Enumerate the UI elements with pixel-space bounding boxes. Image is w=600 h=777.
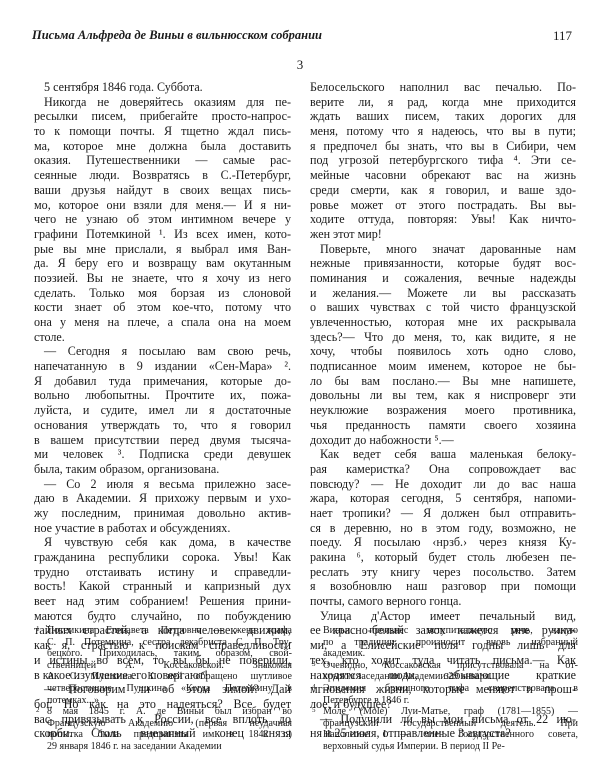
text-line: то к помощи почты. Я тщетно ждал пись-: [34, 124, 291, 139]
text-line: основания утверждать то, что я говорил: [34, 418, 291, 433]
footnote-line: Петербурге в 1846 г.: [310, 695, 578, 707]
book-page: Письма Альфреда де Виньи в вильнюсском с…: [0, 0, 600, 777]
footnote-mark: 2: [36, 706, 40, 717]
footnote-line: по традиции произносит вновь избранный: [310, 637, 578, 649]
text-line: под угрозой петербургского тифа ⁴. Эти с…: [310, 153, 576, 168]
text-line: доходит до набожности ⁵.—: [310, 433, 576, 448]
footnote-line: 1Потемкина Елизавета Петровна — жена гра…: [34, 625, 292, 637]
footnote-mark: 5: [312, 706, 316, 717]
text-line: 5 сентября 1846 года. Суббота.: [34, 80, 291, 95]
footnote-line: 28 мая 1845 г. А. де Виньи был избран во: [34, 706, 292, 718]
footnote-text: потемках...»: [47, 695, 99, 706]
text-line: довольны ли вы тем, как я ниспроверг эти: [310, 388, 576, 403]
text-line: поэзией. Вы не знаете, что я хочу из нег…: [34, 271, 291, 286]
footnote-text: Эпидемия брюшного тифа свирепствовала в: [323, 683, 578, 694]
text-line: ваши друзья найдут в своих вещах пись-: [34, 183, 291, 198]
footnote-text: Моле (Molé) Луи-Матье, граф (1781—1855) …: [323, 706, 578, 717]
footnote-line: Французскую Академию (первая неудачная: [34, 718, 292, 730]
text-line: даю в Академии. Я прихожу первым и ухо-: [34, 491, 291, 506]
footnotes-right: Виньи произнес вступительную речь, какую…: [310, 625, 578, 753]
text-line: вольно любопытны. Прочтите их, пожа-: [34, 388, 291, 403]
text-line: сеянные люди. Возвратясь в С.-Петербург,: [34, 168, 291, 183]
text-line: столе.: [34, 330, 291, 345]
footnote-text: ственницей А. Коссаковской. Знакомая: [47, 660, 292, 671]
text-line: была, таким образом, организована.: [34, 462, 291, 477]
footnote-line: французский государственный деятель. При: [310, 718, 578, 730]
text-line: чего не узнаю об этом интимном вечере у: [34, 212, 291, 227]
text-line: ма, которое мне должна была доставить: [34, 139, 291, 154]
footnote-text: попытка была предпринята им в 1842 г.): [47, 729, 292, 740]
text-line: почты, самого верного гонца.: [310, 594, 576, 609]
running-title: Письма Альфреда де Виньи в вильнюсском с…: [32, 28, 322, 43]
footnote-text: бецкого. Приходилась, таким образом, сво…: [47, 648, 292, 659]
footnote-text: А. С. Пушкина. К ней обращено шутливое: [47, 671, 292, 682]
footnote-line: 4Эпидемия брюшного тифа свирепствовала в: [310, 683, 578, 695]
footnote-line: верховный судья Империи. В период II Ре-: [310, 741, 578, 753]
footnote-line: ственницей А. Коссаковской. Знакомая: [34, 660, 292, 672]
text-line: гражданина республики сорока. Увы! Как: [34, 550, 291, 565]
footnote-line: крытом заседании Академии 29 января.: [310, 671, 578, 683]
text-line: Белосельского наполнил вас печалью. По-: [310, 80, 576, 95]
text-line: нает тропики? — Я должен был отправить-: [310, 506, 576, 521]
footnotes-left: 1Потемкина Елизавета Петровна — жена гра…: [34, 625, 292, 753]
text-line: ровье может от этого пострадать. Вы вы-: [310, 198, 576, 213]
text-line: напечатанную в 9 издании «Сен-Мара» ².: [34, 359, 291, 374]
footnote-mark: 3: [312, 660, 316, 671]
footnote-line: четверостишие Пушкина «Когда Потемкину в: [34, 683, 292, 695]
text-line: Как ведет себя ваша маленькая белоку-: [310, 447, 576, 462]
footnote-mark: 4: [312, 683, 316, 694]
text-line: реслать эту книгу через посольство. Зате…: [310, 565, 576, 580]
footnote-mark: 1: [36, 625, 40, 636]
text-line: ресылки писем, прибегайте просто-напрос-: [34, 109, 291, 124]
text-line: Никогда не доверяйтесь оказиям для пе-: [34, 95, 291, 110]
footnote-text: Петербурге в 1846 г.: [323, 695, 409, 706]
footnote-line: С. П. Потемкина, сестра декабриста С. П.…: [34, 637, 292, 649]
footnote-text: по традиции произносит вновь избранный: [323, 637, 578, 648]
text-line: ми человек ³. Подписка среди девушек: [34, 447, 291, 462]
text-line: мейные часовни обрекают вас на жизнь: [310, 168, 576, 183]
text-line: Поверьте, много значат дарованные нам: [310, 242, 576, 257]
text-line: поеду. Я посылаю ‹нрзб.› через князя Ку-: [310, 535, 576, 550]
running-head: Письма Альфреда де Виньи в вильнюсском с…: [32, 28, 572, 44]
text-line: сделать. Только моя борзая из слоновой: [34, 286, 291, 301]
footnote-text: 29 января 1846 г. на заседании Академии: [47, 741, 222, 752]
text-line: — Со 2 июля я весьма прилежно засе-: [34, 477, 291, 492]
text-line: поминания и сожаления, вечные надежды: [310, 271, 576, 286]
text-line: верите ли, я рад, когда мне приходится: [310, 95, 576, 110]
text-line: здесь?— Что до меня, то, как видите, я н…: [310, 330, 576, 345]
footnote-line: 29 января 1846 г. на заседании Академии: [34, 741, 292, 753]
footnote-line: академик.: [310, 648, 578, 660]
text-line: меня, потому что я надеюсь, что вы в пут…: [310, 124, 576, 139]
text-line: вость! Какой странный и капризный дух: [34, 579, 291, 594]
text-line: луйста, и судите, имел ли я достаточные: [34, 403, 291, 418]
text-line: рая камеристка? Она сопровождает вас: [310, 462, 576, 477]
footnote-text: верховный судья Империи. В период II Ре-: [323, 741, 505, 752]
text-line: жен этот мир!: [310, 227, 576, 242]
text-line: рые вы мне прислали, я выбрал имя Ван-: [34, 242, 291, 257]
footnote-text: 8 мая 1845 г. А. де Виньи был избран во: [47, 706, 292, 717]
text-line: маются будто случайно, по побуждению: [34, 609, 291, 624]
footnote-line: 3Очевидно, Коссаковская присутствовала н…: [310, 660, 578, 672]
text-line: повсюду? — Не доходит ли до вас наша: [310, 477, 576, 492]
text-line: чья преданность памяти своего хозяина: [310, 418, 576, 433]
text-line: ходите оттуда, повторяя: Увы! Как ничто-: [310, 212, 576, 227]
footnote-text: Виньи произнес вступительную речь, какую: [323, 625, 578, 636]
footnote-text: крытом заседании Академии 29 января.: [323, 671, 492, 682]
text-line: подписанное моим именем, которое не бы-: [310, 359, 576, 374]
text-line: оказия. Путешественники — самые рас-: [34, 153, 291, 168]
text-line: ло бы вам послано.— Вы мне напишете,: [310, 374, 576, 389]
footnote-line: Виньи произнес вступительную речь, какую: [310, 625, 578, 637]
text-line: в вашем присутствии перед двумя тысяча-: [34, 433, 291, 448]
text-line: ное участие в работах и обсуждениях.: [34, 521, 291, 536]
text-line: я возобновлю наш разговор при помощи: [310, 579, 576, 594]
text-line: хочу, чтобы появилось хоть одно слово,: [310, 344, 576, 359]
text-line: она у меня на плече, а спала она на моем: [34, 315, 291, 330]
text-line: жу последним, принимая довольно актив-: [34, 506, 291, 521]
text-line: среди смерти, как я говорил, и ваше здо-: [310, 183, 576, 198]
text-line: да. Я беру его и возвращу вам окутанным: [34, 256, 291, 271]
text-line: ракина ⁶, который будет столь любезен пе…: [310, 550, 576, 565]
footnote-text: четверостишие Пушкина «Когда Потемкину в: [47, 683, 292, 694]
footnote-line: попытка была предпринята им в 1842 г.): [34, 729, 292, 741]
footnote-text: академик.: [323, 648, 365, 659]
footnote-line: А. С. Пушкина. К ней обращено шутливое: [34, 671, 292, 683]
text-line: неуклюжие возражения моего противника,: [310, 403, 576, 418]
text-line: увлеченностью, которая мне их раскрывала: [310, 315, 576, 330]
text-line: Я добавил туда примечания, которые до-: [34, 374, 291, 389]
text-line: жара, которая сегодня, 5 сентября, напом…: [310, 491, 576, 506]
section-number: 3: [0, 57, 600, 73]
footnote-text: Наполеоне I — член Государственного сове…: [323, 729, 578, 740]
footnote-text: С. П. Потемкина, сестра декабриста С. П.…: [47, 637, 292, 648]
text-line: графини Потемкиной ¹. Из всех имен, кото…: [34, 227, 291, 242]
text-line: Улица д'Астор имеет печальный вид,: [310, 609, 576, 624]
text-line: о ваших чувствах с той чисто французской: [310, 300, 576, 315]
footnote-text: Французскую Академию (первая неудачная: [47, 718, 292, 729]
footnote-line: бецкого. Приходилась, таким образом, сво…: [34, 648, 292, 660]
footnote-text: Потемкина Елизавета Петровна — жена граф…: [47, 625, 292, 636]
text-line: ся в деревню, но в этом году, возможно, …: [310, 521, 576, 536]
text-line: я предпочел бы знать, что вы в Сибири, ч…: [310, 139, 576, 154]
text-line: и желания.— Можете ли вы рассказать: [310, 286, 576, 301]
text-line: кости знает об этом кое-что, потому что: [34, 300, 291, 315]
footnote-line: Наполеоне I — член Государственного сове…: [310, 729, 578, 741]
text-line: мо, которое они взяли для меня.— И я ни-: [34, 198, 291, 213]
text-line: ждать ваших писем, таких дорогих для: [310, 109, 576, 124]
footnote-text: французский государственный деятель. При: [323, 718, 578, 729]
text-line: трудно отстаивать истину и справедли-: [34, 565, 291, 580]
footnote-line: 5Моле (Molé) Луи-Матье, граф (1781—1855)…: [310, 706, 578, 718]
text-line: нежные привязанности, которые будят вос-: [310, 256, 576, 271]
text-line: — Сегодня я посылаю вам свою речь,: [34, 344, 291, 359]
footnote-text: Очевидно, Коссаковская присутствовала на…: [323, 660, 578, 671]
footnote-line: потемках...»: [34, 695, 292, 707]
text-line: веет над этим собранием! Решения прини-: [34, 594, 291, 609]
page-number: 117: [553, 28, 572, 44]
text-line: Я чувствую себя как дома, в качестве: [34, 535, 291, 550]
